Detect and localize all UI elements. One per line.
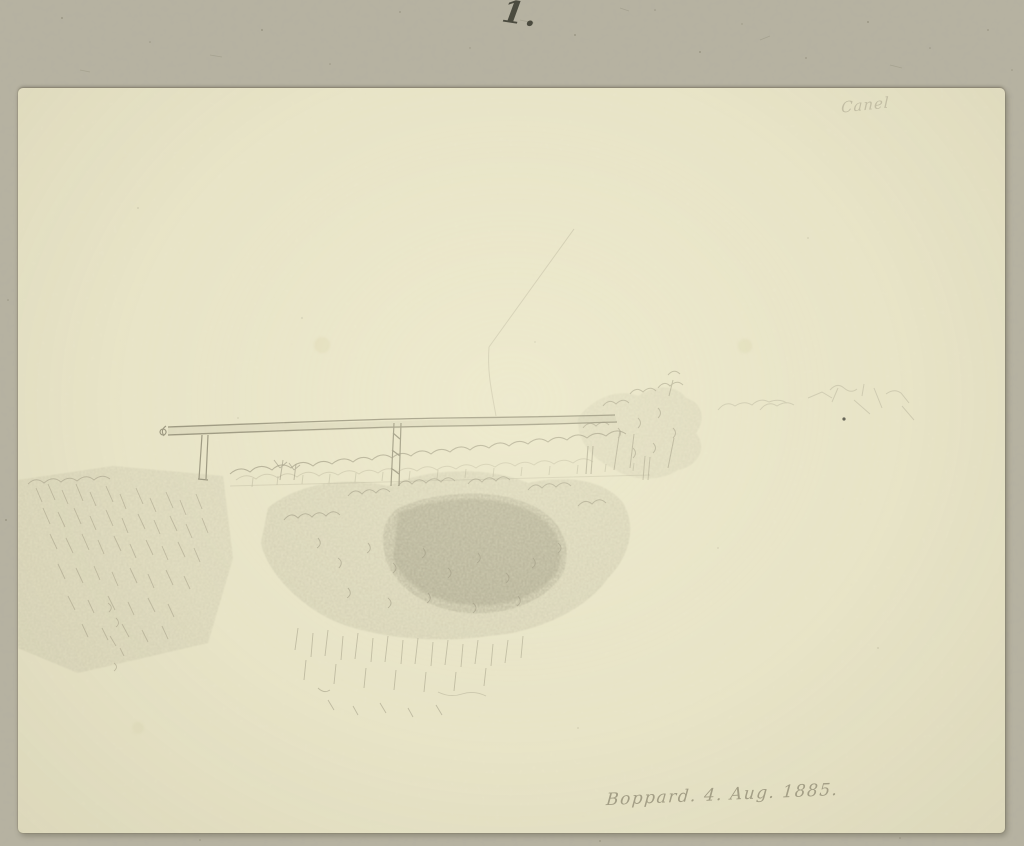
ink-speck	[842, 417, 845, 420]
drawing-sheet: Canel Boppard. 4. Aug. 1885.	[18, 88, 1005, 833]
mount-fibers	[80, 8, 902, 72]
folio-number: 1.	[500, 0, 565, 38]
scan-canvas: { "page": { "mount": { "folio_number": "…	[0, 0, 1024, 846]
pencil-drawing	[18, 88, 1005, 833]
sheet-paper-texture	[18, 88, 1005, 833]
left-bank	[18, 466, 233, 673]
